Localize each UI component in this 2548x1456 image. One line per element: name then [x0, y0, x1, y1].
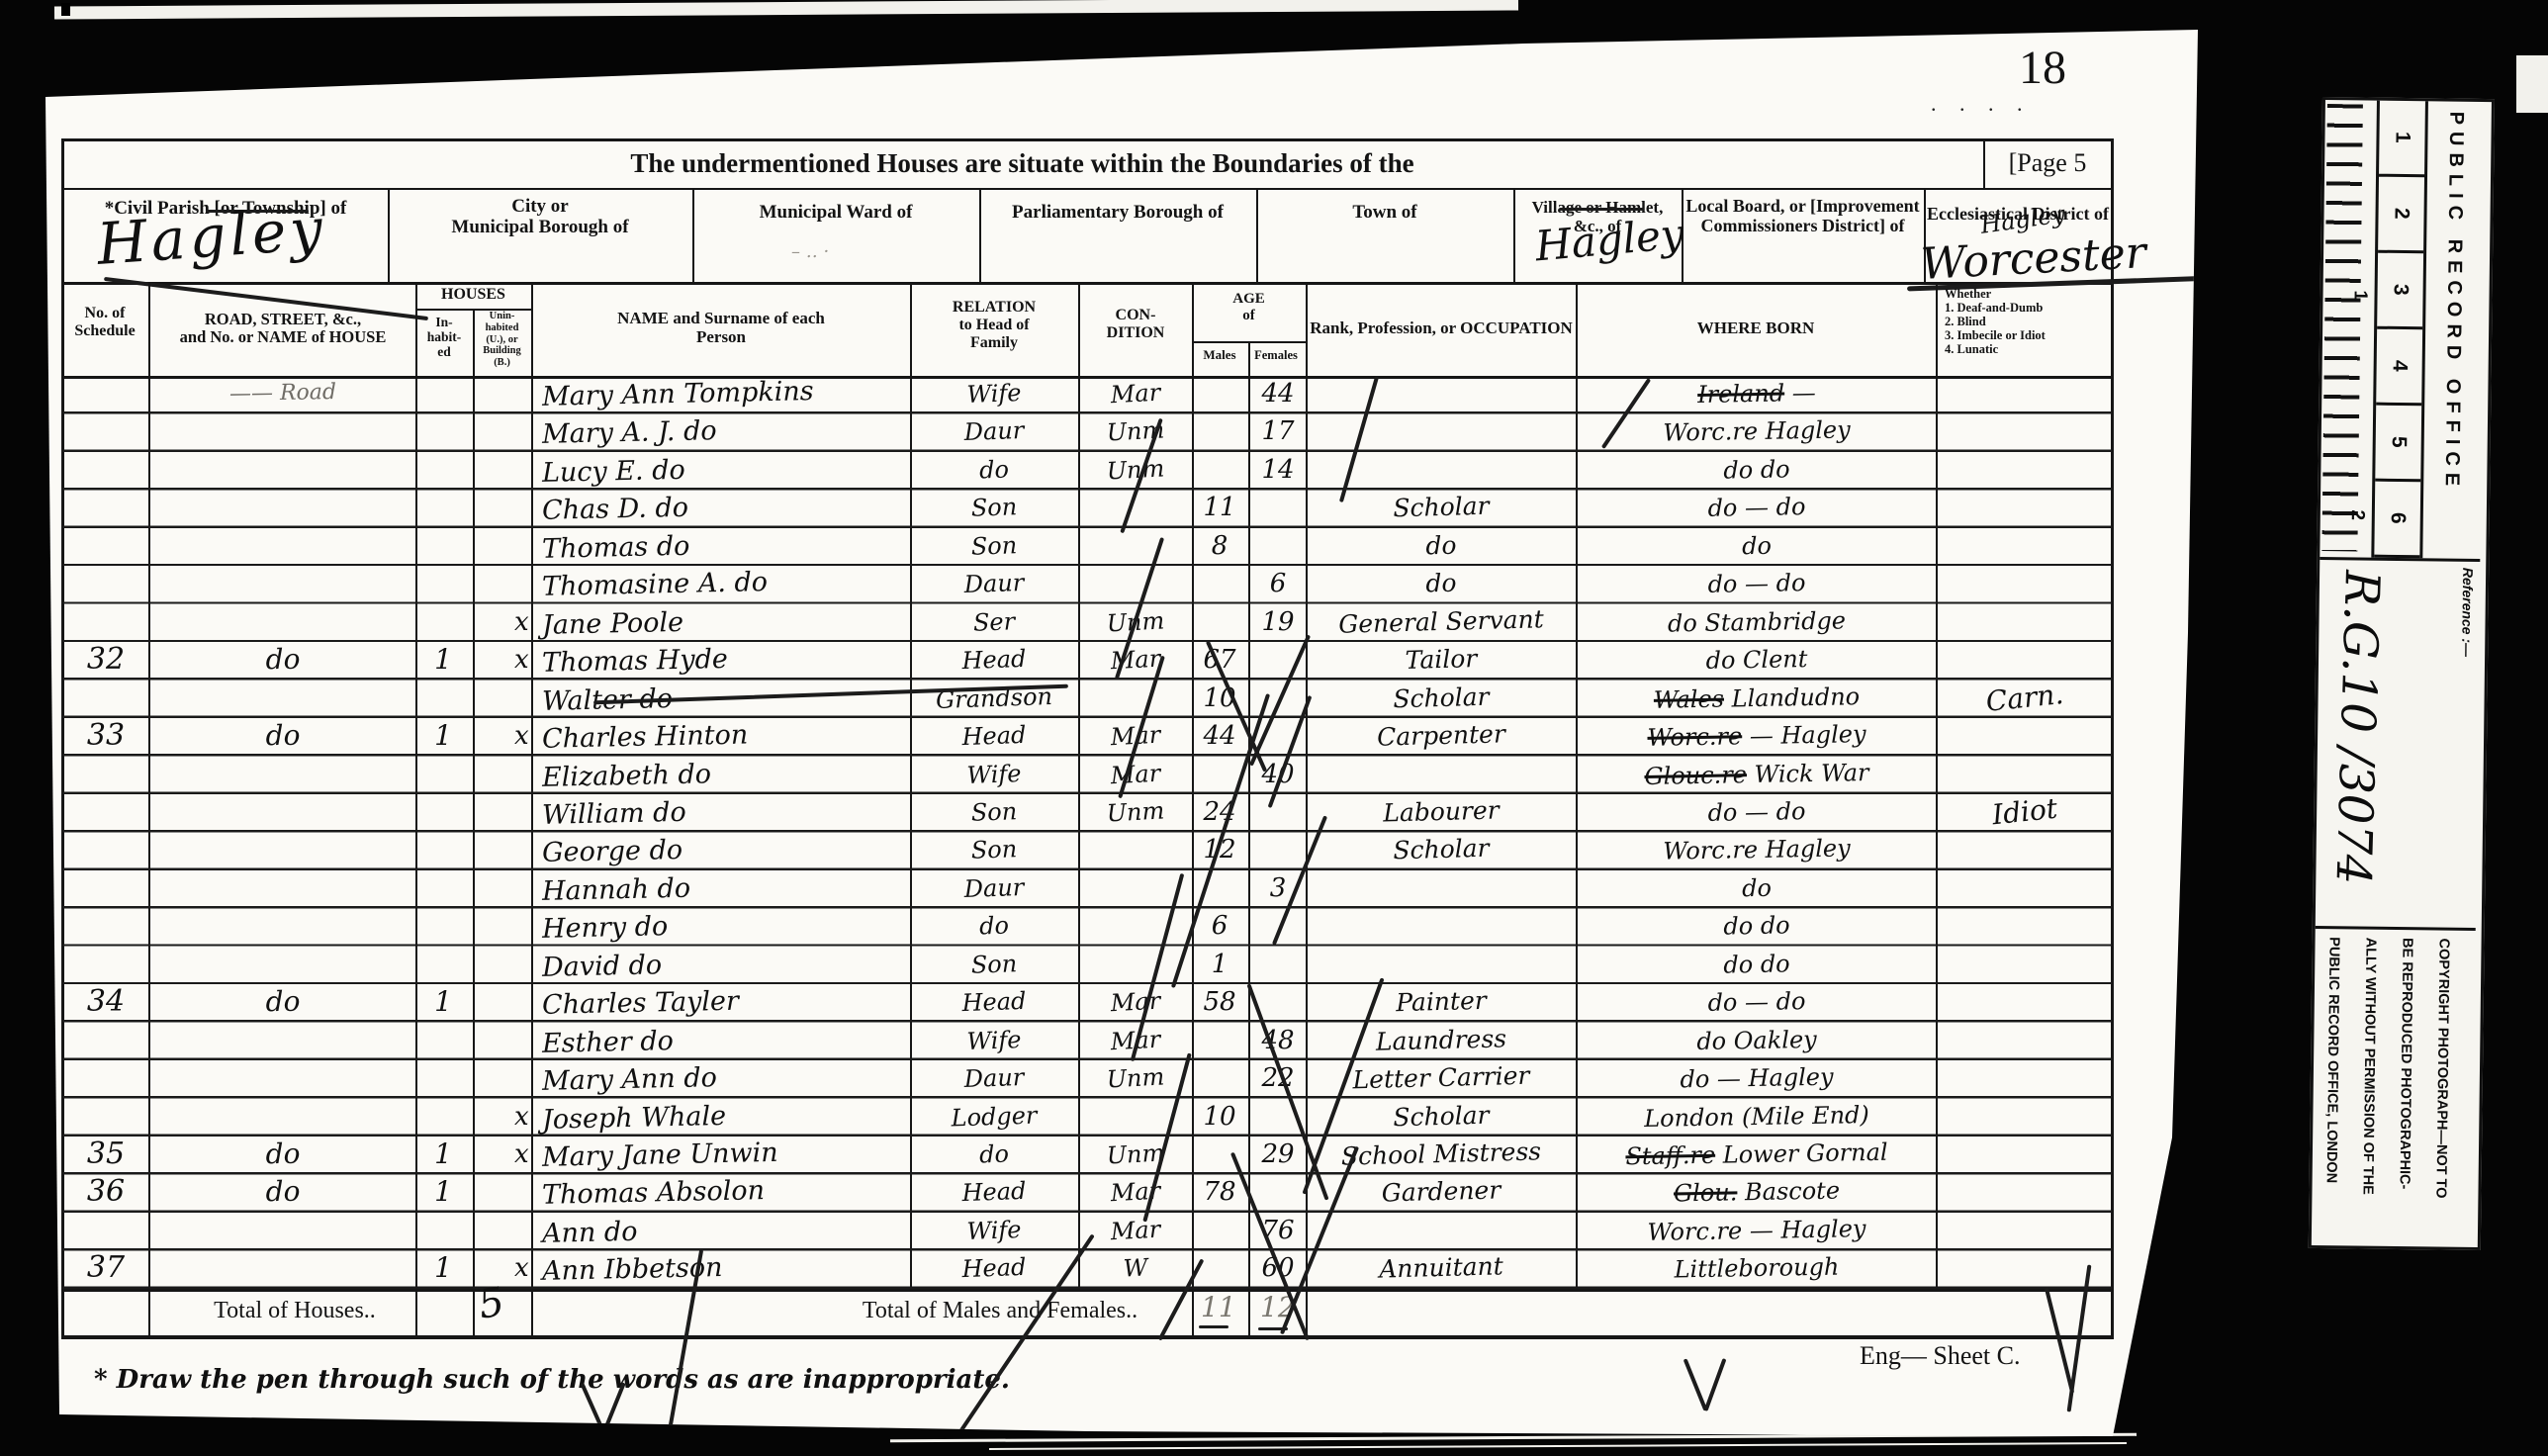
cell-name: David do	[542, 943, 907, 986]
page-number-dots: . . . .	[1931, 91, 2032, 117]
cell-name: Joseph Whale	[542, 1095, 907, 1138]
cell-name: Hannah do	[542, 866, 907, 910]
table-row: x Joseph Whale Lodger 10 Scholar London …	[61, 1099, 2112, 1137]
cell-check-mark: x	[514, 604, 540, 640]
film-notch	[61, 3, 70, 16]
cell-where-born: Worc.re Hagley	[1581, 410, 1934, 452]
cell-name: Henry do	[542, 904, 907, 948]
reference-label: Reference :—	[2459, 568, 2476, 657]
col-inhabited: In- habit- ed	[416, 315, 472, 359]
cell-occupation: Laundress	[1308, 1019, 1576, 1061]
cell-road: do	[153, 716, 413, 757]
scale-6: 6	[2386, 512, 2410, 524]
reference-value: R.G.10 /3074	[2325, 570, 2390, 885]
pro-reference-card: 1 2 1 2 3 4 5 6 PUBLIC RECORD OFFICE Ref…	[2309, 97, 2495, 1250]
cell-disability-note: Carn.	[1940, 672, 2111, 725]
field-board-label: Local Board, or [Improvement Commissione…	[1683, 196, 1922, 235]
table-row: Chas D. do Son 11 Scholar do — do	[61, 490, 2112, 527]
cell-check-mark: x	[514, 1250, 540, 1286]
table-row: Lucy E. do do Unm 14 do do	[61, 452, 2112, 490]
cell-check-mark: x	[514, 1137, 540, 1172]
table-row: Esther do Wife Mar 48 Laundress do Oakle…	[61, 1023, 2112, 1060]
page-label: [Page 5	[1988, 148, 2107, 177]
cell-name: Elizabeth do	[542, 753, 907, 796]
cell-relation: Head	[911, 1247, 1076, 1289]
copyright-text: COPYRIGHT PHOTOGRAPH—NOT TO BE REPRODUCE…	[2312, 929, 2463, 1201]
cell-relation: Son	[911, 487, 1076, 528]
total-houses-label: Total of Houses..	[178, 1298, 411, 1324]
cell-age-male: 44	[1193, 718, 1246, 754]
cell-relation: Grandson	[911, 678, 1076, 719]
cell-age-male: 10	[1193, 1099, 1246, 1135]
cell-name: William do	[542, 790, 907, 834]
cell-inhabited: 1	[415, 1250, 471, 1286]
cell-condition: Mar	[1079, 373, 1192, 414]
cell-condition: Mar	[1079, 639, 1192, 681]
cell-road: do	[153, 982, 413, 1023]
cell-age-male: 58	[1193, 984, 1246, 1020]
table-row: Thomas do Son 8 do do	[61, 528, 2112, 566]
cell-occupation	[1308, 372, 1575, 379]
cell-road: —— Road	[153, 374, 413, 414]
cell-relation: Wife	[911, 1020, 1076, 1061]
table-row: 34 do 1 Charles Tayler Head Mar 58 Paint…	[61, 984, 2112, 1022]
cell-occupation: Scholar	[1308, 1095, 1576, 1137]
col-houses-group: HOUSES	[415, 286, 531, 304]
cell-relation: Daur	[911, 563, 1076, 604]
cell-relation: Daur	[911, 867, 1076, 909]
copyright-section: COPYRIGHT PHOTOGRAPH—NOT TO BE REPRODUCE…	[2312, 926, 2476, 1247]
table-row: 36 do 1 Thomas Absolon Head Mar 78 Garde…	[61, 1174, 2112, 1212]
table-row: —— Road Mary Ann Tompkins Wife Mar 44 Ir…	[61, 376, 2112, 413]
cell-name: Charles Tayler	[542, 980, 907, 1024]
scale-5: 5	[2387, 436, 2411, 448]
table-row: 33 do 1 x Charles Hinton Head Mar 44 Car…	[61, 718, 2112, 756]
field-town-label: Town of	[1258, 202, 1511, 223]
table-row: Elizabeth do Wife Mar 40 Glouc.re Wick W…	[61, 757, 2112, 794]
cell-name: Ann Ibbetson	[542, 1246, 907, 1290]
cell-disability-note	[1941, 367, 2108, 385]
cell-relation: Lodger	[911, 1096, 1076, 1137]
film-edge-bottom2	[989, 1442, 2127, 1450]
cell-relation: Daur	[911, 1057, 1076, 1099]
col-name: NAME and Surname of each Person	[534, 309, 908, 346]
form-title: The undermentioned Houses are situate wi…	[61, 148, 1983, 178]
table-row: x Jane Poole Ser Unm 19 General Servant …	[61, 604, 2112, 642]
cell-age-male: 6	[1193, 908, 1246, 944]
cell-occupation: do	[1308, 524, 1576, 567]
cell-name: Charles Hinton	[542, 714, 907, 758]
cell-schedule: 35	[63, 1137, 148, 1172]
cell-relation: Son	[911, 525, 1076, 567]
cell-where-born: do — do	[1581, 981, 1934, 1023]
total-mf-label: Total of Males and Females..	[811, 1298, 1189, 1324]
cell-where-born: Littleborough	[1581, 1247, 1934, 1289]
cell-occupation: Scholar	[1308, 829, 1576, 871]
sheet-label: Eng— Sheet C.	[1860, 1341, 2067, 1370]
cell-condition: Mar	[1079, 754, 1192, 795]
ward-pencil-mark: – ‥ ·	[791, 243, 829, 261]
cell-age-female: 17	[1250, 413, 1306, 449]
cell-where-born: Worc.re — Hagley	[1581, 715, 1934, 757]
cell-disability-note: Idiot	[1940, 785, 2111, 839]
cell-relation: do	[911, 905, 1076, 947]
table-row: George do Son 12 Scholar Worc.re Hagley	[61, 832, 2112, 869]
table-row: William do Son Unm 24 Labourer do — do I…	[61, 794, 2112, 832]
scale-3: 3	[2389, 284, 2412, 296]
cell-schedule: 37	[63, 1250, 148, 1286]
table-row: Walter do Grandson 10 Scholar Wales Llan…	[61, 681, 2112, 718]
cell-inhabited: 1	[415, 1137, 471, 1172]
cell-where-born: do	[1581, 867, 1934, 909]
cell-where-born: do Oakley	[1581, 1020, 1934, 1061]
ruler-inch-2: 2	[2346, 509, 2368, 520]
cell-condition: Unm	[1079, 791, 1192, 833]
cell-road: do	[153, 1172, 413, 1213]
cell-condition: Mar	[1079, 1172, 1192, 1214]
field-parl-label: Parliamentary Borough of	[981, 202, 1254, 223]
cell-where-born: London (Mile End)	[1581, 1095, 1934, 1137]
cell-name: George do	[542, 829, 907, 872]
cell-occupation: Annuitant	[1308, 1247, 1576, 1290]
cell-schedule: 36	[63, 1174, 148, 1210]
cell-relation: Head	[911, 1172, 1076, 1214]
cell-schedule: 34	[63, 984, 148, 1020]
film-edge-top	[54, 0, 1518, 20]
table-row: Mary A. J. do Daur Unm 17 Worc.re Hagley	[61, 413, 2112, 451]
cell-age-female: 14	[1250, 452, 1306, 488]
cell-relation: Head	[911, 639, 1076, 681]
col-disability: Whether 1. Deaf-and-Dumb 2. Blind 3. Imb…	[1941, 287, 2115, 356]
cell-where-born: do do	[1581, 449, 1934, 491]
cell-name: Mary Ann Tompkins	[542, 372, 907, 415]
cell-inhabited: 1	[415, 984, 471, 1020]
scale-4: 4	[2388, 360, 2411, 372]
scale-1: 1	[2390, 132, 2413, 143]
cell-name: Mary Jane Unwin	[542, 1133, 907, 1176]
cell-where-born: Glou. Bascote	[1581, 1171, 1934, 1213]
cell-condition: Mar	[1079, 1210, 1192, 1251]
cell-relation: Wife	[911, 373, 1076, 414]
scale-2: 2	[2389, 208, 2412, 220]
cell-age-male: 1	[1193, 947, 1246, 982]
table-row: Hannah do Daur 3 do	[61, 870, 2112, 908]
cell-occupation: Carpenter	[1308, 715, 1576, 758]
cell-condition: Unm	[1079, 1134, 1192, 1175]
cell-age-female: 29	[1250, 1137, 1306, 1172]
cell-relation: Son	[911, 791, 1076, 833]
col-relation: RELATION to Head of Family	[912, 299, 1076, 352]
cell-inhabited: 1	[415, 642, 471, 678]
cell-age-female: 6	[1250, 566, 1306, 601]
table-row: Henry do do 6 do do	[61, 908, 2112, 946]
cell-road: do	[153, 640, 413, 681]
cell-relation: do	[911, 449, 1076, 491]
cell-name: Thomas Hyde	[542, 638, 907, 682]
cell-check-mark: x	[514, 642, 540, 678]
cell-where-born: Worc.re Hagley	[1581, 829, 1934, 870]
strike-or-hamlet	[1559, 208, 1644, 211]
cell-occupation: Scholar	[1308, 677, 1576, 719]
cell-relation: Daur	[911, 411, 1076, 453]
ruler-ticks	[2321, 104, 2363, 551]
cell-where-born: do do	[1581, 905, 1934, 947]
cell-name: Thomasine A. do	[542, 562, 907, 605]
cell-relation: Head	[911, 981, 1076, 1023]
total-males-value: 11	[1201, 1294, 1236, 1321]
cell-occupation: Tailor	[1308, 639, 1576, 682]
page-number: 18	[1998, 42, 2087, 95]
cell-inhabited: 1	[415, 1174, 471, 1210]
cell-where-born: Ireland —	[1581, 373, 1934, 414]
cell-occupation: Painter	[1308, 981, 1576, 1024]
table-row: 35 do 1 x Mary Jane Unwin do Unm 29 Scho…	[61, 1137, 2112, 1174]
cell-occupation: Scholar	[1308, 487, 1576, 529]
cell-where-born: do do	[1581, 944, 1934, 985]
cell-occupation: do	[1308, 563, 1576, 605]
cell-name: Esther do	[542, 1019, 907, 1062]
census-scan: 18 . . . . The undermentioned Houses are…	[0, 0, 2548, 1456]
total-males-dash	[1199, 1325, 1228, 1328]
col-schedule: No. of Schedule	[63, 305, 146, 340]
field-city-label: City or Municipal Borough of	[390, 196, 690, 238]
cell-where-born: Staff.re Lower Gornal	[1581, 1134, 1934, 1175]
cell-condition: Unm	[1079, 1057, 1192, 1099]
cell-relation: Wife	[911, 1210, 1076, 1251]
pen-stroke	[2045, 1287, 2074, 1394]
ruler-inch-1: 1	[2348, 290, 2370, 301]
cell-condition: W	[1079, 1247, 1192, 1289]
cell-occupation: Gardener	[1308, 1171, 1576, 1214]
cell-condition: Mar	[1079, 981, 1192, 1023]
village-value: Hagley	[1533, 214, 1685, 268]
cell-name: Ann do	[542, 1209, 907, 1252]
cell-check-mark: x	[514, 718, 540, 754]
cell-relation: Ser	[911, 601, 1076, 643]
pro-office-title: PUBLIC RECORD OFFICE	[2419, 101, 2487, 559]
col-where-born: WHERE BORN	[1578, 318, 1934, 337]
cell-occupation: Labourer	[1308, 790, 1576, 833]
cell-where-born: do — do	[1581, 563, 1934, 604]
film-edge-right	[2516, 55, 2548, 113]
table-body: —— Road Mary Ann Tompkins Wife Mar 44 Ir…	[61, 376, 2112, 1289]
cell-schedule: 33	[63, 718, 148, 754]
cell-name: Mary Ann do	[542, 1056, 907, 1100]
cell-age-male: 24	[1193, 794, 1246, 830]
col-uninhabited: Unin- habited (U.), or Building (B.)	[474, 311, 530, 369]
col-road: ROAD, STREET, &c., and No. or NAME of HO…	[152, 311, 413, 347]
eccl-dash: —	[2224, 285, 2253, 315]
cell-age-female: 19	[1250, 604, 1306, 640]
cell-schedule: 32	[63, 642, 148, 678]
col-males: Males	[1193, 348, 1246, 363]
cell-age-female: 48	[1250, 1023, 1306, 1058]
cell-occupation: General Servant	[1308, 600, 1576, 643]
cell-relation: Head	[911, 715, 1076, 757]
cell-where-born: Wales Llandudno	[1581, 677, 1934, 718]
pen-stroke	[1683, 1358, 1708, 1410]
cell-where-born: do Clent	[1581, 639, 1934, 681]
cell-relation: Son	[911, 830, 1076, 871]
col-females: Females	[1247, 348, 1305, 362]
col-age: AGE of	[1192, 291, 1306, 324]
table-row: Mary Ann do Daur Unm 22 Letter Carrier d…	[61, 1060, 2112, 1098]
cell-where-born: Worc.re — Hagley	[1581, 1210, 1934, 1251]
cell-age-male: 11	[1193, 490, 1246, 525]
cell-name: Chas D. do	[542, 486, 907, 529]
cell-name: Mary A. J. do	[542, 410, 907, 454]
cell-where-born: do Stambridge	[1581, 601, 1934, 643]
cell-age-male: 78	[1193, 1174, 1246, 1210]
cell-where-born: do — Hagley	[1581, 1057, 1934, 1099]
cell-condition: Unm	[1079, 411, 1192, 453]
table-row: 32 do 1 x Thomas Hyde Head Mar 67 Tailor…	[61, 642, 2112, 680]
footer-note: * Draw the pen through such of the words…	[94, 1367, 1010, 1393]
census-page: 18 . . . . The undermentioned Houses are…	[0, 0, 2548, 1456]
table-row: 37 1 x Ann Ibbetson Head W 60 Annuitant …	[61, 1250, 2112, 1288]
civil-parish-value: Hagley	[95, 200, 327, 273]
cell-name: Lucy E. do	[542, 448, 907, 492]
col-condition: CON- DITION	[1080, 307, 1191, 342]
pen-stroke	[1704, 1358, 1727, 1411]
table-row: Thomasine A. do Daur 6 do do — do	[61, 566, 2112, 603]
cell-age-male: 8	[1193, 528, 1246, 564]
cell-relation: Son	[911, 944, 1076, 985]
cell-name: Thomas Absolon	[542, 1171, 907, 1215]
cell-name: Jane Poole	[542, 600, 907, 644]
cell-road: do	[153, 1135, 413, 1175]
cell-inhabited: 1	[415, 718, 471, 754]
cell-age-female: 44	[1250, 376, 1306, 411]
cell-relation: Wife	[911, 754, 1076, 795]
reference-section: Reference :— R.G.10 /3074	[2316, 557, 2481, 931]
field-ward-label: Municipal Ward of	[694, 202, 977, 223]
cell-relation: do	[911, 1134, 1076, 1175]
cell-where-born: do — do	[1581, 791, 1934, 833]
cell-check-mark: x	[514, 1099, 540, 1135]
col-occupation: Rank, Profession, or OCCUPATION	[1308, 318, 1575, 337]
cell-name: Thomas do	[542, 524, 907, 568]
cell-where-born: Glouc.re Wick War	[1581, 753, 1934, 794]
cell-where-born: do — do	[1581, 487, 1934, 528]
cell-where-born: do	[1581, 525, 1934, 567]
table-row: David do Son 1 do do	[61, 947, 2112, 984]
